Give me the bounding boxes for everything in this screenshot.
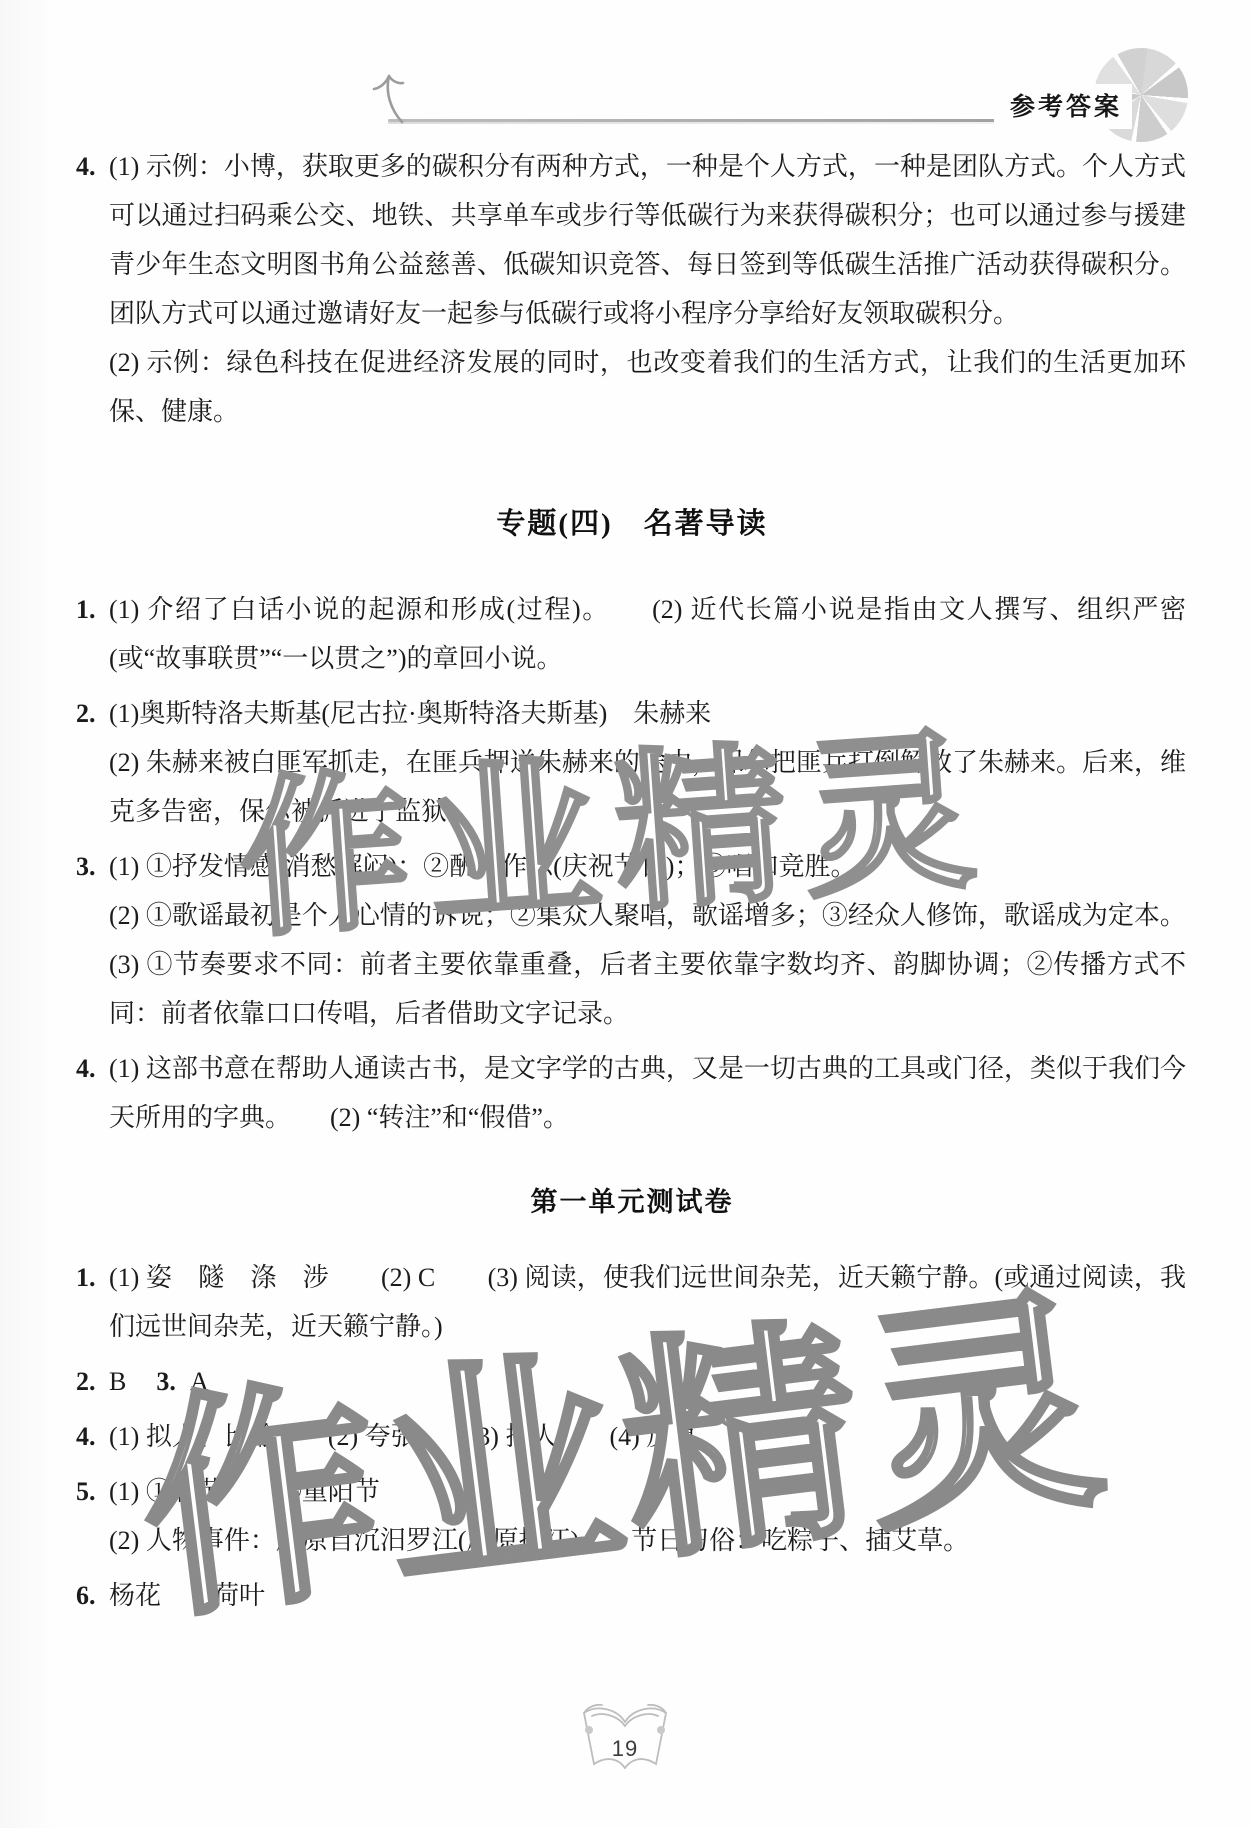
section-title-topic4: 专题(四) 名著导读 xyxy=(78,500,1186,549)
test-answer-item-4: 4. (1) 拟人、比喻 (2) 夸张 (3) 拟人 (4) 反复 xyxy=(78,1412,1186,1461)
answer-paragraph: (2) ①歌谣最初是个人心情的诉说；②集众人聚唱，歌谣增多；③经众人修饰，歌谣成… xyxy=(109,891,1186,940)
answer-item-3: 3. (1) ①抒发情感(消愁解闷)；②酬神作乐(庆祝节日)；③唱和竞胜。 (2… xyxy=(78,842,1186,1038)
page-header-title: 参考答案 xyxy=(994,84,1132,129)
answer-paragraph: 杨花 荷叶 xyxy=(109,1571,1186,1620)
item-number: 2. xyxy=(76,1357,107,1406)
answers-content: 4. (1) 示例：小博，获取更多的碳积分有两种方式，一种是个人方式，一种是团队… xyxy=(78,142,1186,1626)
answer-paragraph: (1) 示例：小博，获取更多的碳积分有两种方式，一种是个人方式，一种是团队方式。… xyxy=(109,142,1186,338)
page-footer: 19 xyxy=(0,1700,1250,1800)
item-number-inline: 3. xyxy=(156,1367,176,1396)
page-number: 19 xyxy=(575,1736,675,1762)
item-number: 1. xyxy=(76,585,107,634)
answer-paragraph: (1) 介绍了白话小说的起源和形成(过程)。 (2) 近代长篇小说是指由文人撰写… xyxy=(109,585,1186,683)
test-answer-item-5: 5. (1) ①春节 ②重阳节 (2) 人物事件：屈原自沉汨罗江(屈原投江) 节… xyxy=(78,1467,1186,1565)
answer-paragraph: (1) ①抒发情感(消愁解闷)；②酬神作乐(庆祝节日)；③唱和竞胜。 xyxy=(109,842,1186,891)
answer-paragraph: B3.A xyxy=(109,1357,1186,1406)
answer-item-1: 1. (1) 介绍了白话小说的起源和形成(过程)。 (2) 近代长篇小说是指由文… xyxy=(78,585,1186,683)
item-number: 4. xyxy=(76,1044,107,1093)
item-number: 1. xyxy=(76,1253,107,1302)
answer-paragraph: (1) 拟人、比喻 (2) 夸张 (3) 拟人 (4) 反复 xyxy=(109,1412,1186,1461)
answer-item-2: 2. (1)奥斯特洛夫斯基(尼古拉·奥斯特洛夫斯基) 朱赫来 (2) 朱赫来被白… xyxy=(78,689,1186,836)
header-flourish-icon xyxy=(358,66,406,124)
answer-paragraph: (3) ①节奏要求不同：前者主要依靠重叠，后者主要依靠字数均齐、韵脚协调；②传播… xyxy=(109,940,1186,1038)
test-answer-item-1: 1. (1) 姿 隧 涤 涉 (2) C (3) 阅读，使我们远世间杂芜，近天籁… xyxy=(78,1253,1186,1351)
item-number: 2. xyxy=(76,689,107,738)
answer-3-value: A xyxy=(190,1367,209,1396)
item-number: 5. xyxy=(76,1467,107,1516)
answer-paragraph: (1) 姿 隧 涤 涉 (2) C (3) 阅读，使我们远世间杂芜，近天籁宁静。… xyxy=(109,1253,1186,1351)
answer-paragraph: (2) 示例：绿色科技在促进经济发展的同时，也改变着我们的生活方式，让我们的生活… xyxy=(109,338,1186,436)
section-title-unit1-test: 第一单元测试卷 xyxy=(78,1178,1186,1227)
answer-paragraph: (1) ①春节 ②重阳节 xyxy=(109,1467,1186,1516)
answer-paragraph: (2) 朱赫来被白匪军抓走，在匪兵押送朱赫来的途中，保尔把匪兵打倒解救了朱赫来。… xyxy=(109,738,1186,836)
answer-2-value: B xyxy=(109,1367,126,1396)
answer-item-4-carryover: 4. (1) 示例：小博，获取更多的碳积分有两种方式，一种是个人方式，一种是团队… xyxy=(78,142,1186,436)
workbook-answer-page: 参考答案 4. (1) 示例：小博，获取更多的碳积分有两种方式，一种是个人方式，… xyxy=(0,0,1250,1828)
item-number: 6. xyxy=(76,1571,107,1620)
item-number: 3. xyxy=(76,842,107,891)
test-answer-row-2-3: 2. B3.A xyxy=(78,1357,1186,1406)
answer-paragraph: (1)奥斯特洛夫斯基(尼古拉·奥斯特洛夫斯基) 朱赫来 xyxy=(109,689,1186,738)
answer-item-4: 4. (1) 这部书意在帮助人通读古书，是文字学的古典，又是一切古典的工具或门径… xyxy=(78,1044,1186,1142)
answer-paragraph: (1) 这部书意在帮助人通读古书，是文字学的古典，又是一切古典的工具或门径，类似… xyxy=(109,1044,1186,1142)
answer-paragraph: (2) 人物事件：屈原自沉汨罗江(屈原投江) 节日习俗：吃粽子、插艾草。 xyxy=(109,1516,1186,1565)
item-number: 4. xyxy=(76,1412,107,1461)
test-answer-item-6: 6. 杨花 荷叶 xyxy=(78,1571,1186,1620)
item-number: 4. xyxy=(76,142,107,191)
